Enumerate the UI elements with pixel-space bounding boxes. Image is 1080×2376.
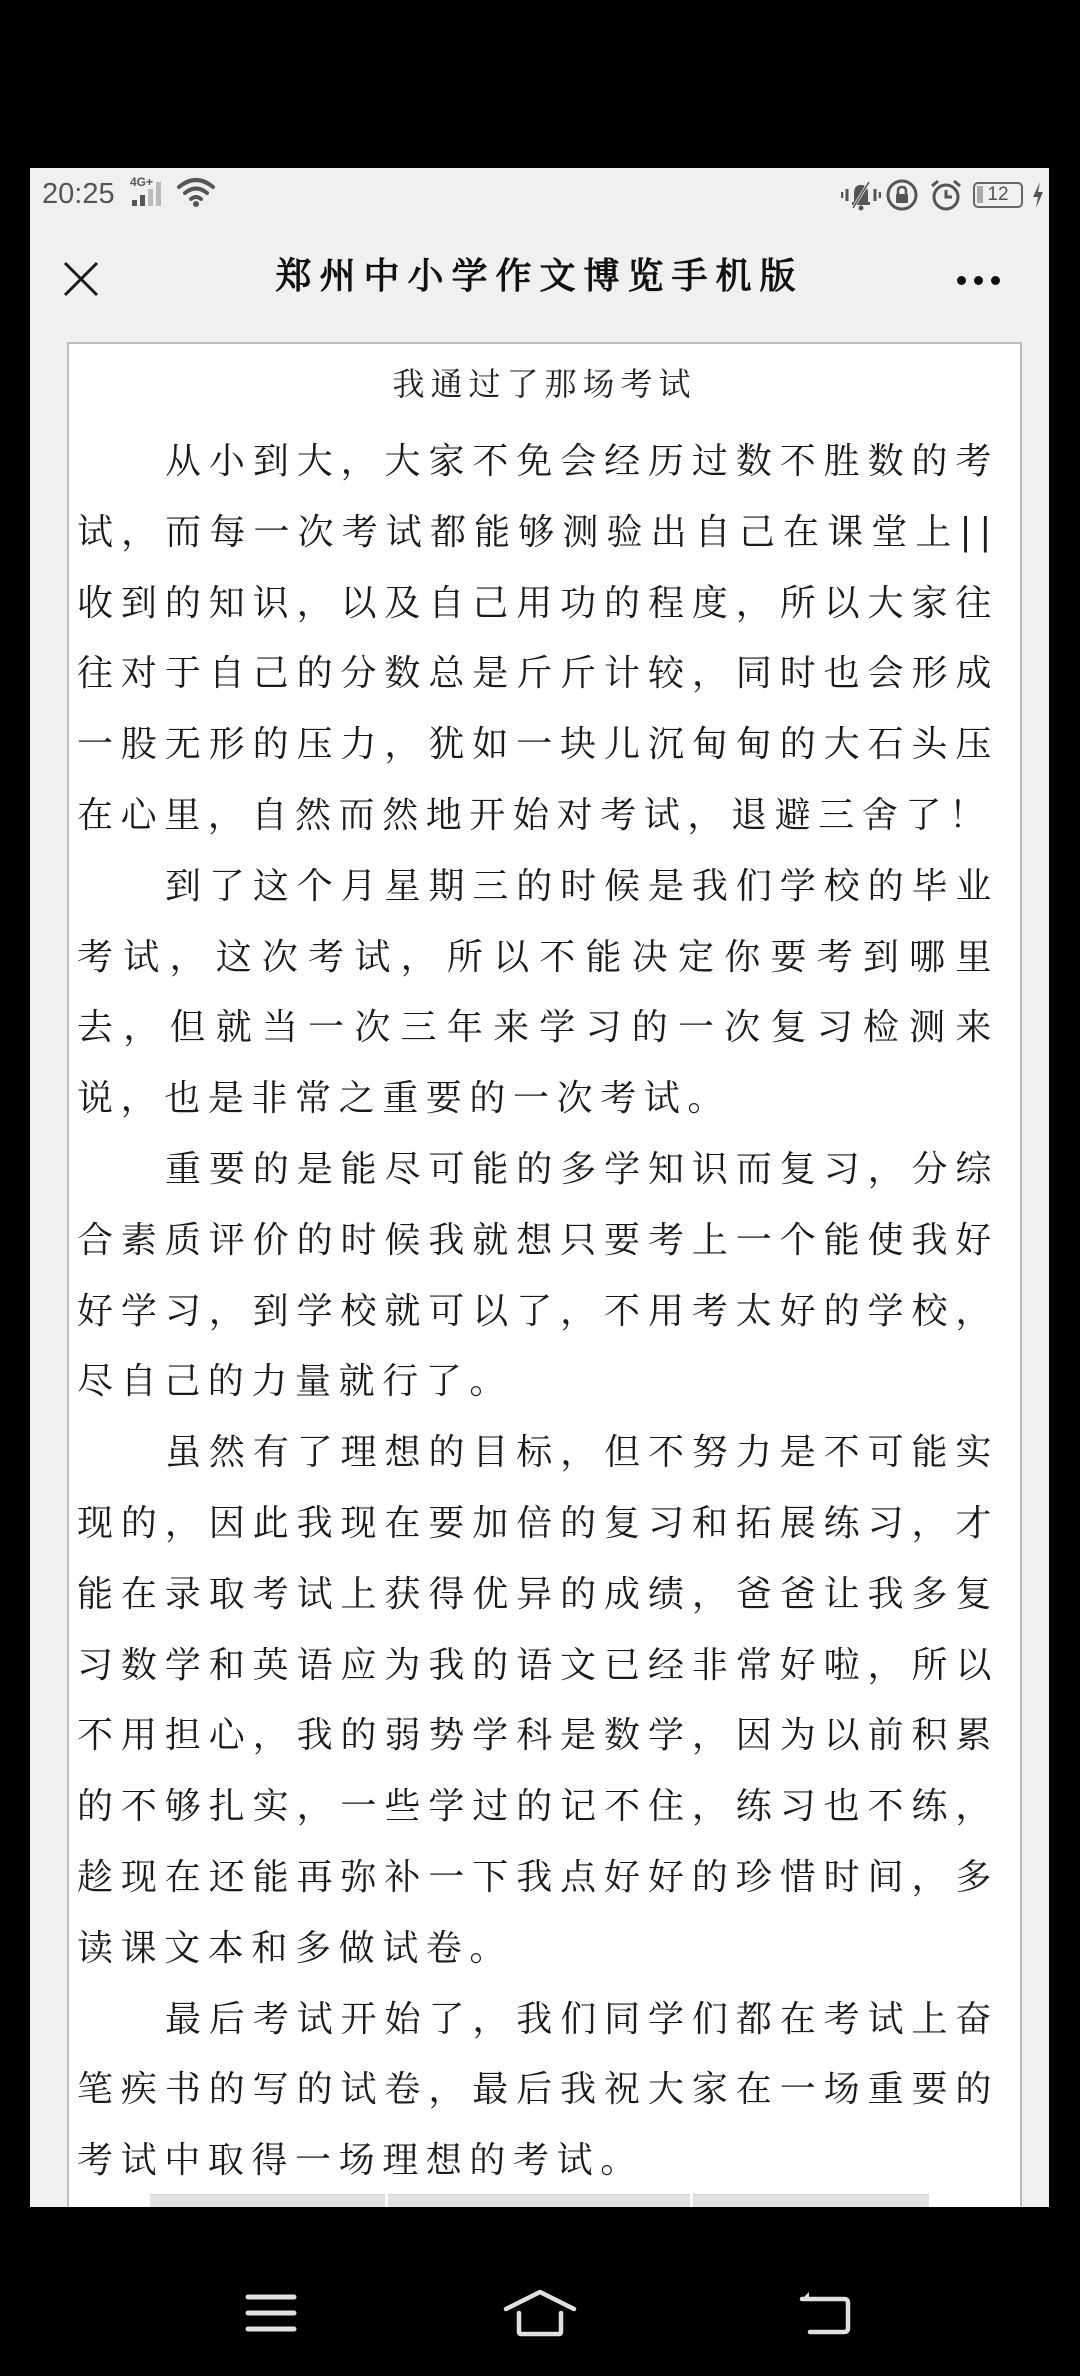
- wifi-icon: [176, 176, 216, 208]
- article-body: 从小到大，大家不免会经历过数不胜数的考试，而每一次考试都能够测验出自己在课堂上|…: [77, 427, 999, 2197]
- app-header: 郑州中小学作文博览手机版: [30, 226, 1049, 340]
- article-paragraph: 最后考试开始了，我们同学们都在考试上奋笔疾书的写的试卷，最后我祝大家在一场重要的…: [77, 1985, 999, 2197]
- article-paragraph: 从小到大，大家不免会经历过数不胜数的考试，而每一次考试都能够测验出自己在课堂上|…: [77, 427, 999, 852]
- article-paragraph: 到了这个月星期三的时候是我们学校的毕业考试，这次考试，所以不能决定你要考到哪里去…: [77, 852, 999, 1135]
- rotation-lock-icon: [885, 178, 921, 212]
- signal-icon: 4G+: [130, 176, 170, 210]
- more-icon-dot: [974, 276, 983, 285]
- back-icon: [798, 2290, 852, 2336]
- system-nav-bar: [0, 2207, 1080, 2376]
- battery-level: 12: [987, 184, 1008, 205]
- more-button[interactable]: [946, 262, 1010, 298]
- article-paragraph: 重要的是能尽可能的多学知识而复习，分综合素质评价的时候我就想只要考上一个能使我好…: [77, 1135, 999, 1418]
- page-title: 郑州中小学作文博览手机版: [30, 254, 1049, 298]
- phone-screen: 20:25 4G+: [30, 168, 1049, 2207]
- more-icon-dot: [991, 276, 1000, 285]
- menu-button[interactable]: [226, 2285, 316, 2341]
- article-paragraph: 虽然有了理想的目标，但不努力是不可能实现的，因此我现在要加倍的复习和拓展练习，才…: [77, 1418, 999, 1984]
- status-bar: 20:25 4G+: [30, 168, 1049, 226]
- home-icon: [503, 2289, 577, 2337]
- more-icon: [957, 276, 966, 285]
- charging-icon: [1031, 180, 1045, 210]
- home-button[interactable]: [495, 2285, 585, 2341]
- status-time: 20:25: [42, 176, 115, 212]
- status-icons: 12: [841, 178, 1045, 212]
- bottom-toolbar-edge: [30, 2194, 1049, 2207]
- battery-icon: 12: [973, 182, 1023, 208]
- network-type: 4G+: [130, 176, 153, 188]
- alarm-icon: [929, 178, 965, 212]
- article-title: 我通过了那场考试: [69, 360, 1020, 408]
- vibrate-icon: [841, 178, 877, 212]
- back-button[interactable]: [780, 2285, 870, 2341]
- menu-icon: [245, 2293, 297, 2333]
- article-card: 我通过了那场考试 从小到大，大家不免会经历过数不胜数的考试，而每一次考试都能够测…: [67, 342, 1022, 2207]
